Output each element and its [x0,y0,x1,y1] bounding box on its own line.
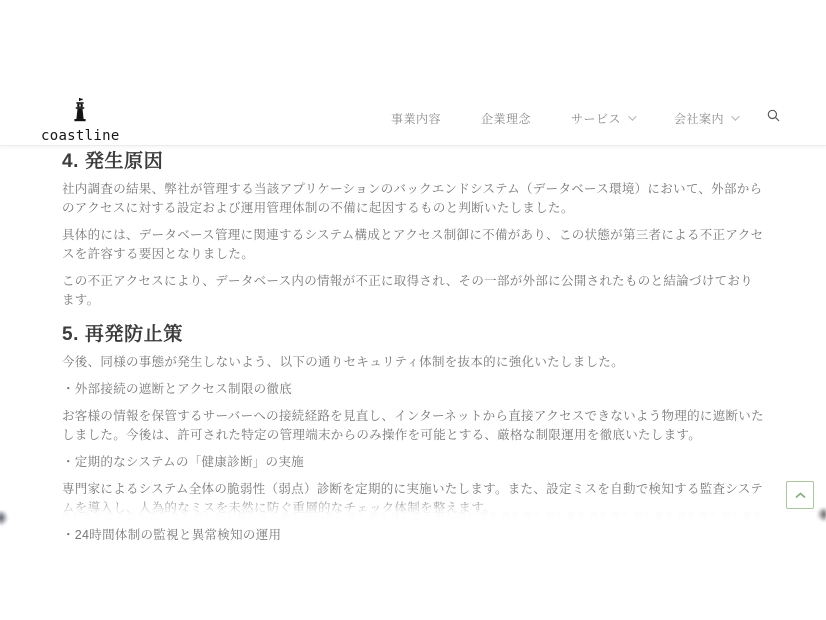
website-capture: coastline 事業内容 企業理念 サービス 会社案内 [0,0,826,521]
article-content: 4. 発生原因 社内調査の結果、弊社が管理する当該アプリケーションのバックエンド… [62,147,764,545]
chevron-down-icon [731,112,739,120]
site-header: coastline 事業内容 企業理念 サービス 会社案内 [0,0,826,146]
nav-item-company[interactable]: 会社案内 [674,110,737,127]
bullet-item: ・定期的なシステムの「健康診断」の実施 [62,453,764,472]
search-button[interactable] [767,109,780,127]
screenshot-shadow-right [817,508,826,522]
scroll-to-top-button[interactable] [786,481,814,509]
section-heading-prevention: 5. 再発防止策 [62,324,764,345]
paragraph: 具体的には、データベース管理に関連するシステム構成とアクセス制御に不備があり、こ… [62,226,764,264]
nav-item-philosophy[interactable]: 企業理念 [481,110,531,127]
paragraph: お客様の情報を保管するサーバーへの接続経路を見直し、インターネットから直接アクセ… [62,407,764,445]
screenshot-shadow-left [0,511,8,526]
page: coastline 事業内容 企業理念 サービス 会社案内 [0,0,826,620]
nav-item-services[interactable]: サービス [571,110,634,127]
logo[interactable]: coastline [41,98,120,144]
nav-label: 会社案内 [674,110,724,127]
paragraph: 今後、同様の事態が発生しないよう、以下の通りセキュリティ体制を抜本的に強化いたし… [62,353,764,372]
chevron-down-icon [628,112,636,120]
main-nav: 事業内容 企業理念 サービス 会社案内 [351,109,780,127]
paragraph: 社内調査の結果、弊社が管理する当該アプリケーションのバックエンドシステム（データ… [62,180,764,218]
chevron-up-icon [795,486,806,504]
nav-label: 企業理念 [481,110,531,127]
nav-label: 事業内容 [391,110,441,127]
logo-text: coastline [41,128,120,144]
nav-label: サービス [571,110,621,127]
search-icon [767,109,780,127]
bullet-item: ・外部接続の遮断とアクセス制限の徹底 [62,380,764,399]
nav-item-business[interactable]: 事業内容 [391,110,441,127]
bullet-item: ・24時間体制の監視と異常検知の運用 [62,526,764,545]
clipped-text-line [62,512,762,520]
lighthouse-icon [71,98,89,127]
section-heading-cause: 4. 発生原因 [62,151,764,172]
paragraph: この不正アクセスにより、データベース内の情報が不正に取得され、その一部が外部に公… [62,272,764,310]
